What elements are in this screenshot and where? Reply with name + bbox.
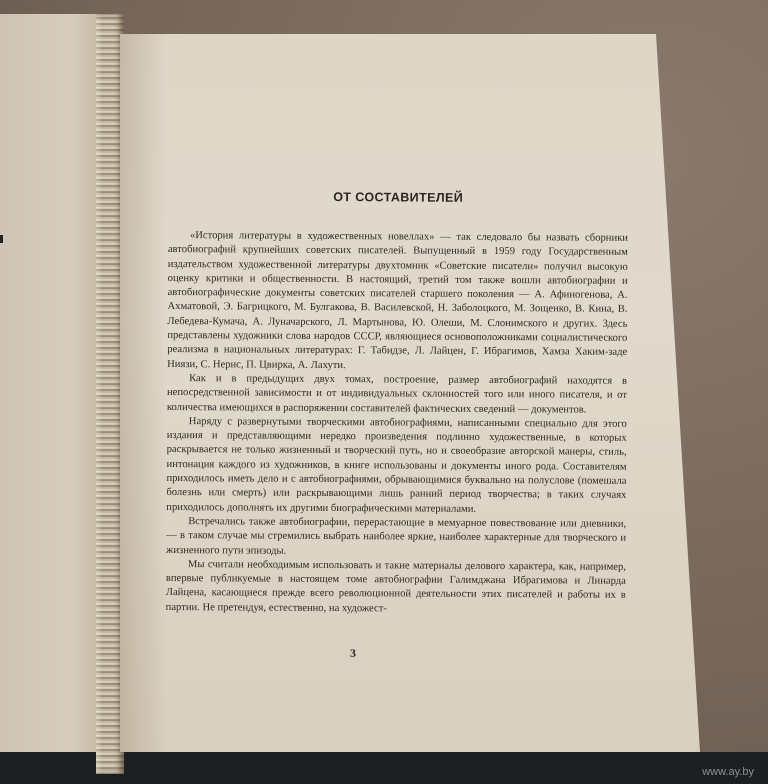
- paragraph: Наряду с развернутыми творческими автоби…: [166, 415, 627, 518]
- watermark: www.ay.by: [702, 766, 754, 778]
- page-heading: ОТ СОСТАВИТЕЛЕЙ: [168, 189, 628, 206]
- paragraph: Встречались также автобиографии, перерас…: [166, 515, 626, 561]
- page-number: 3: [350, 646, 356, 661]
- left-page-text-fragment: [0, 235, 3, 243]
- left-page: [0, 14, 104, 754]
- page-text-block: ОТ СОСТАВИТЕЛЕЙ «История литературы в ху…: [166, 229, 628, 618]
- paragraph: Мы считали необходимым использовать и та…: [166, 558, 626, 618]
- paragraph: Как и в предыдущих двух томах, построени…: [167, 372, 627, 418]
- paragraph: «История литературы в художественных нов…: [167, 229, 628, 375]
- book-spine-binding: [96, 14, 124, 774]
- right-page: ОТ СОСТАВИТЕЛЕЙ «История литературы в ху…: [120, 34, 700, 752]
